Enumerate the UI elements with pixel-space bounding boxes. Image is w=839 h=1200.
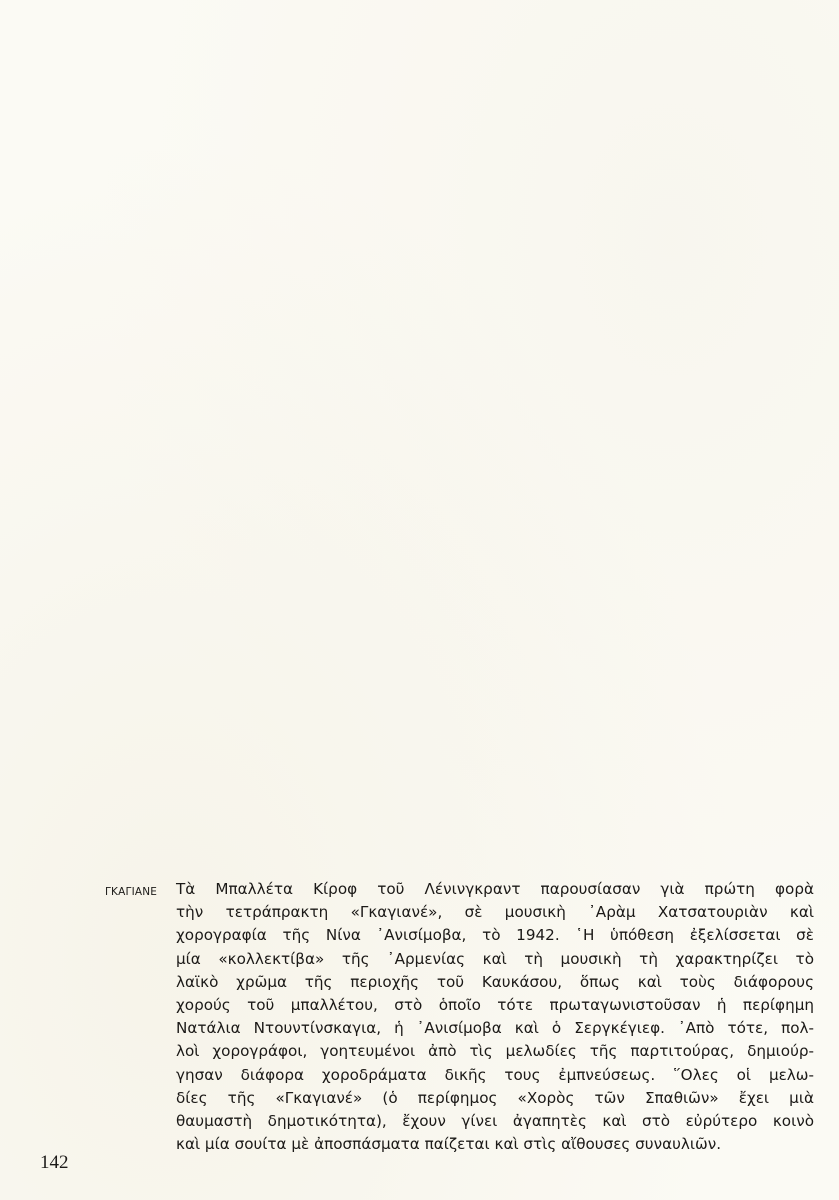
text-line: μία «κολλεκτίβα» τῆς ᾽Αρμενίας καὶ τὴ μο… bbox=[176, 948, 814, 971]
text-line: Νατάλια Ντουντίνσκαγια, ἡ ᾽Ανισίμοβα καὶ… bbox=[176, 1017, 814, 1040]
book-page: ΓΚΑΓΙΑΝΕ Τὰ Μπαλλέτα Κίροφ τοῦ Λένινγκρα… bbox=[0, 0, 839, 1200]
text-line: τὴν τετράπρακτη «Γκαγιανέ», σὲ μουσικὴ ᾽… bbox=[176, 901, 814, 924]
text-line: Τὰ Μπαλλέτα Κίροφ τοῦ Λένινγκραντ παρουσ… bbox=[176, 878, 814, 901]
text-line: λοὶ χορογράφοι, γοητευμένοι ἀπὸ τὶς μελω… bbox=[176, 1040, 814, 1063]
text-line: λαϊκὸ χρῶμα τῆς περιοχῆς τοῦ Καυκάσου, ὅ… bbox=[176, 971, 814, 994]
text-line: χορούς τοῦ μπαλλέτου, στὸ ὁποῖο τότε πρω… bbox=[176, 994, 814, 1017]
text-line: γησαν διάφορα χοροδράματα δικῆς τους ἐμπ… bbox=[176, 1064, 814, 1087]
text-line: θαυμαστὴ δημοτικότητα), ἔχουν γίνει ἀγαπ… bbox=[176, 1110, 814, 1133]
page-number: 142 bbox=[40, 1152, 69, 1174]
article-paragraph: Τὰ Μπαλλέτα Κίροφ τοῦ Λένινγκραντ παρουσ… bbox=[176, 878, 814, 1156]
text-line: δίες τῆς «Γκαγιανέ» (ὁ περίφημος «Χορὸς … bbox=[176, 1087, 814, 1110]
section-label: ΓΚΑΓΙΑΝΕ bbox=[105, 886, 157, 898]
text-line: χορογραφία τῆς Νίνα ᾽Ανισίμοβα, τὸ 1942.… bbox=[176, 924, 814, 947]
text-line: καὶ μία σουίτα μὲ ἀποσπάσματα παίζεται κ… bbox=[176, 1133, 814, 1156]
